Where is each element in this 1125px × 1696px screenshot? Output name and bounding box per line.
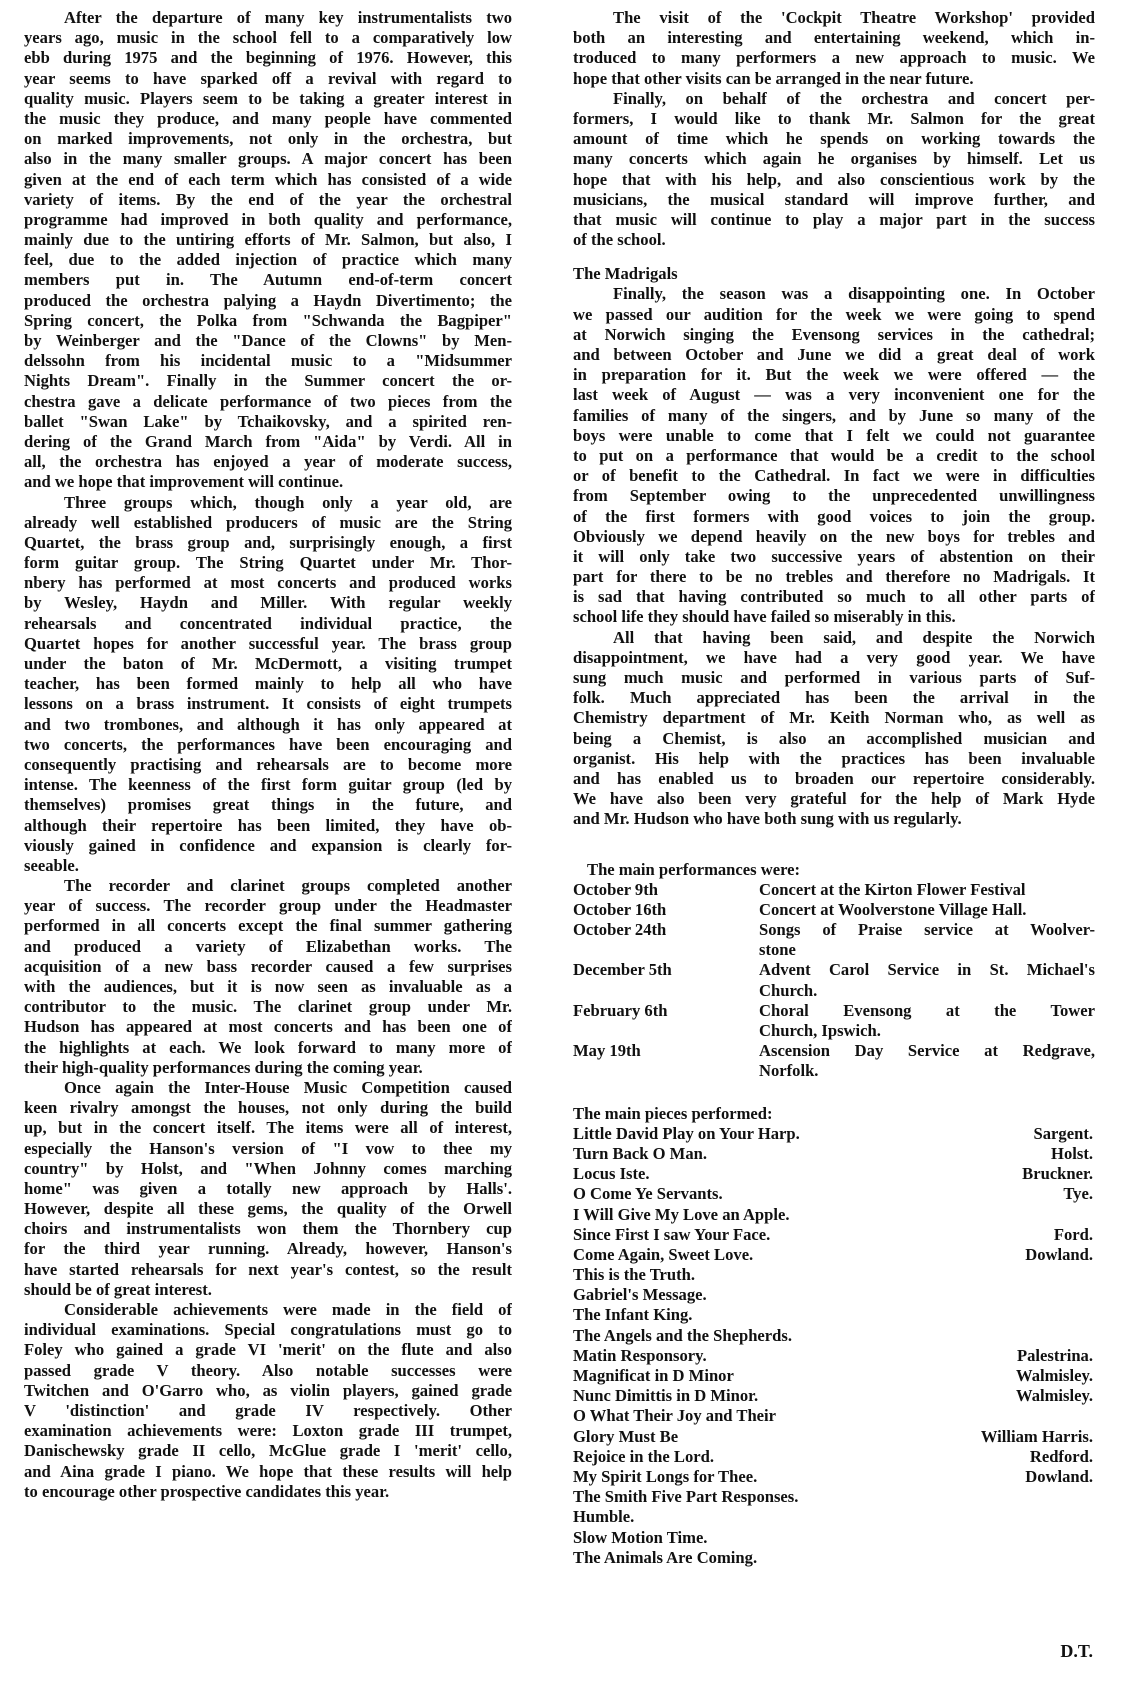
piece-title: Matin Responsory.	[573, 1346, 707, 1366]
text-line: individual examinations. Special congrat…	[24, 1320, 512, 1340]
text-line: by Weinberger and the "Dance of the Clow…	[24, 331, 512, 351]
piece-title: My Spirit Longs for Thee.	[573, 1467, 757, 1487]
text-line: on marked improvements, not only in the …	[24, 129, 512, 149]
text-line: part for there to be no trebles and ther…	[573, 567, 1095, 587]
text-line: Twitchen and O'Garro who, as violin play…	[24, 1381, 512, 1401]
text-line: Finally, the season was a disappointing …	[573, 284, 1095, 304]
performance-row: October 16thConcert at Woolverstone Vill…	[573, 900, 1095, 920]
piece-title: Rejoice in the Lord.	[573, 1447, 714, 1467]
text-line: that music will continue to play a major…	[573, 210, 1095, 230]
piece-title: This is the Truth.	[573, 1265, 695, 1285]
text-line: amount of time which he spends on workin…	[573, 129, 1095, 149]
text-line: although their repertoire has been limit…	[24, 816, 512, 836]
text-line: musicians, the musical standard will imp…	[573, 190, 1095, 210]
text-line: sung much music and performed in various…	[573, 668, 1095, 688]
text-line: Chemistry department of Mr. Keith Norman…	[573, 708, 1095, 728]
piece-composer	[1093, 1305, 1095, 1325]
text-line: Advent Carol Service in St. Michael's	[759, 960, 1095, 980]
piece-row: Rejoice in the Lord.Redford.	[573, 1447, 1095, 1467]
paragraph: Finally, the season was a disappointing …	[573, 284, 1095, 627]
text-line: both an interesting and entertaining wee…	[573, 28, 1095, 48]
performances-intro: The main performances were:	[573, 860, 1095, 880]
right-column: The visit of the 'Cockpit Theatre Worksh…	[573, 8, 1095, 1568]
piece-row: Since First I saw Your Face.Ford.	[573, 1225, 1095, 1245]
text-line: Once again the Inter-House Music Competi…	[24, 1078, 512, 1098]
text-line: Choral Evensong at the Tower	[759, 1001, 1095, 1021]
text-line: of the first formers with good voices to…	[573, 507, 1095, 527]
text-line: or of benefit to the Cathedral. In fact …	[573, 466, 1095, 486]
text-line: quality music. Players seem to be taking…	[24, 89, 512, 109]
piece-title: O Come Ye Servants.	[573, 1184, 723, 1204]
text-line: and has enabled us to broaden our repert…	[573, 769, 1095, 789]
text-line: keen rivalry amongst the houses, not onl…	[24, 1098, 512, 1118]
text-line: Foley who gained a grade VI 'merit' on t…	[24, 1340, 512, 1360]
text-line: Spring concert, the Polka from "Schwanda…	[24, 311, 512, 331]
piece-title: Little David Play on Your Harp.	[573, 1124, 800, 1144]
text-line: passed grade V theory. Also notable succ…	[24, 1361, 512, 1381]
text-line: with the audiences, but it is now seen a…	[24, 977, 512, 997]
text-line: and Mr. Hudson who have both sung with u…	[573, 809, 1095, 829]
text-line: the highlights at each. We look forward …	[24, 1038, 512, 1058]
text-line: programme had improved in both quality a…	[24, 210, 512, 230]
piece-title: The Angels and the Shepherds.	[573, 1326, 792, 1346]
piece-composer: William Harris.	[981, 1427, 1095, 1447]
text-line: themselves) promises great things in the…	[24, 795, 512, 815]
piece-composer: Dowland.	[1025, 1467, 1095, 1487]
text-line: delssohn from his incidental music to a …	[24, 351, 512, 371]
piece-composer	[1093, 1548, 1095, 1568]
piece-row: The Smith Five Part Responses.	[573, 1487, 1095, 1507]
text-line: ballet "Swan Lake" by Tchaikovsky, and a…	[24, 412, 512, 432]
performance-date: October 16th	[573, 900, 759, 920]
performances-list: October 9thConcert at the Kirton Flower …	[573, 880, 1095, 1082]
piece-composer	[1093, 1285, 1095, 1305]
text-line: Songs of Praise service at Woolver-	[759, 920, 1095, 940]
section-heading-madrigals: The Madrigals	[573, 264, 1095, 284]
text-line: feel, due to the added injection of prac…	[24, 250, 512, 270]
performance-row: October 24thSongs of Praise service at W…	[573, 920, 1095, 960]
piece-title: Nunc Dimittis in D Minor.	[573, 1386, 758, 1406]
left-column: After the departure of many key instrume…	[24, 8, 512, 1502]
text-line: The visit of the 'Cockpit Theatre Worksh…	[573, 8, 1095, 28]
paragraph: The recorder and clarinet groups complet…	[24, 876, 512, 1078]
text-line: We have also been very grateful for the …	[573, 789, 1095, 809]
text-line: consequently practising and rehearsals a…	[24, 755, 512, 775]
performance-row: December 5thAdvent Carol Service in St. …	[573, 960, 1095, 1000]
piece-title: The Smith Five Part Responses.	[573, 1487, 798, 1507]
text-line: Obviously we depend heavily on the new b…	[573, 527, 1095, 547]
piece-composer	[1093, 1326, 1095, 1346]
text-line: two concerts, the performances have been…	[24, 735, 512, 755]
text-line: in preparation for it. But the week we w…	[573, 365, 1095, 385]
text-line: intense. The keenness of the first form …	[24, 775, 512, 795]
piece-title: Turn Back O Man.	[573, 1144, 707, 1164]
text-line: and produced a variety of Elizabethan wo…	[24, 937, 512, 957]
text-line: and Aina grade I piano. We hope that the…	[24, 1462, 512, 1482]
text-line: the music they produce, and many people …	[24, 109, 512, 129]
text-line: being a Chemist, is also an accomplished…	[573, 729, 1095, 749]
pieces-intro: The main pieces performed:	[573, 1104, 1095, 1124]
piece-row: Gabriel's Message.	[573, 1285, 1095, 1305]
text-line: Finally, on behalf of the orchestra and …	[573, 89, 1095, 109]
piece-title: Humble.	[573, 1507, 634, 1527]
text-line: members put in. The Autumn end-of-term c…	[24, 270, 512, 290]
text-line: performed in all concerts except the fin…	[24, 916, 512, 936]
piece-row: The Infant King.	[573, 1305, 1095, 1325]
piece-composer: Ford.	[1054, 1225, 1095, 1245]
text-line: After the departure of many key instrume…	[24, 8, 512, 28]
text-line: especially the Hanson's version of "I vo…	[24, 1139, 512, 1159]
piece-title: O What Their Joy and Their	[573, 1406, 776, 1426]
piece-row: Turn Back O Man.Holst.	[573, 1144, 1095, 1164]
text-line: and between October and June we did a gr…	[573, 345, 1095, 365]
text-line: contributor to the music. The clarinet g…	[24, 997, 512, 1017]
text-line: all, the orchestra has enjoyed a year of…	[24, 452, 512, 472]
paragraph: After the departure of many key instrume…	[24, 8, 512, 493]
performance-description: Songs of Praise service at Woolver-stone	[759, 920, 1095, 960]
piece-composer: Redford.	[1030, 1447, 1095, 1467]
piece-row: This is the Truth.	[573, 1265, 1095, 1285]
text-line: under the baton of Mr. McDermott, a visi…	[24, 654, 512, 674]
text-line: V 'distinction' and grade IV respectivel…	[24, 1401, 512, 1421]
text-line: country" by Holst, and "When Johnny come…	[24, 1159, 512, 1179]
text-line: have started rehearsals for next year's …	[24, 1260, 512, 1280]
text-line: folk. Much appreciated has been the arri…	[573, 688, 1095, 708]
piece-row: The Animals Are Coming.	[573, 1548, 1095, 1568]
piece-composer	[1093, 1487, 1095, 1507]
piece-row: Nunc Dimittis in D Minor.Walmisley.	[573, 1386, 1095, 1406]
text-line: is sad that having contributed so much t…	[573, 587, 1095, 607]
text-line: we passed our audition for the week we w…	[573, 305, 1095, 325]
text-line: Considerable achievements were made in t…	[24, 1300, 512, 1320]
text-line: of the school.	[573, 230, 1095, 250]
text-line: chestra gave a delicate performance of t…	[24, 392, 512, 412]
piece-row: Locus Iste.Bruckner.	[573, 1164, 1095, 1184]
piece-composer	[1093, 1265, 1095, 1285]
text-line: hope that other visits can be arranged i…	[573, 69, 1095, 89]
piece-title: Come Again, Sweet Love.	[573, 1245, 753, 1265]
text-line: Church, Ipswich.	[759, 1021, 1095, 1041]
piece-composer	[1093, 1406, 1095, 1426]
piece-composer: Walmisley.	[1016, 1386, 1095, 1406]
text-line: already well established producers of mu…	[24, 513, 512, 533]
text-line: up, but in the concert itself. The items…	[24, 1118, 512, 1138]
piece-title: The Animals Are Coming.	[573, 1548, 757, 1568]
piece-composer: Bruckner.	[1022, 1164, 1095, 1184]
piece-row: The Angels and the Shepherds.	[573, 1326, 1095, 1346]
text-line: form guitar group. The String Quartet un…	[24, 553, 512, 573]
text-line: troduced to many performers a new approa…	[573, 48, 1095, 68]
piece-title: Magnificat in D Minor	[573, 1366, 734, 1386]
piece-row: Matin Responsory.Palestrina.	[573, 1346, 1095, 1366]
piece-composer: Sargent.	[1034, 1124, 1095, 1144]
performance-date: December 5th	[573, 960, 759, 1000]
text-line: acquisition of a new bass recorder cause…	[24, 957, 512, 977]
text-line: dering of the Grand March from "Aida" by…	[24, 432, 512, 452]
performance-date: February 6th	[573, 1001, 759, 1041]
paragraph: Finally, on behalf of the orchestra and …	[573, 89, 1095, 251]
performance-date: October 9th	[573, 880, 759, 900]
paragraph: Considerable achievements were made in t…	[24, 1300, 512, 1502]
performance-date: October 24th	[573, 920, 759, 960]
text-line: year of success. The recorder group unde…	[24, 896, 512, 916]
text-line: by Wesley, Haydn and Miller. With regula…	[24, 593, 512, 613]
piece-composer: Tye.	[1063, 1184, 1095, 1204]
text-line: many concerts which again he organises b…	[573, 149, 1095, 169]
pieces-list: Little David Play on Your Harp.Sargent.T…	[573, 1124, 1095, 1568]
text-line: examination achievements were: Loxton gr…	[24, 1421, 512, 1441]
paragraph: All that having been said, and despite t…	[573, 628, 1095, 830]
piece-title: Glory Must Be	[573, 1427, 678, 1447]
text-line: The recorder and clarinet groups complet…	[24, 876, 512, 896]
text-line: Church.	[759, 981, 1095, 1001]
text-line: produced the orchestra palying a Haydn D…	[24, 291, 512, 311]
piece-title: Locus Iste.	[573, 1164, 650, 1184]
piece-row: My Spirit Longs for Thee.Dowland.	[573, 1467, 1095, 1487]
piece-row: Slow Motion Time.	[573, 1528, 1095, 1548]
piece-title: The Infant King.	[573, 1305, 692, 1325]
piece-composer	[1093, 1205, 1095, 1225]
performance-date: May 19th	[573, 1041, 759, 1081]
text-line: teacher, has been formed mainly to help …	[24, 674, 512, 694]
text-line: given at the end of each term which has …	[24, 170, 512, 190]
text-line: Concert at Woolverstone Village Hall.	[759, 900, 1095, 920]
text-line: Quartet, the brass group and, surprising…	[24, 533, 512, 553]
paragraph: The visit of the 'Cockpit Theatre Worksh…	[573, 8, 1095, 89]
text-line: organist. His help with the practices ha…	[573, 749, 1095, 769]
piece-row: Come Again, Sweet Love.Dowland.	[573, 1245, 1095, 1265]
text-line: seeable.	[24, 856, 512, 876]
text-line: school life they should have failed so m…	[573, 607, 1095, 627]
text-line: families of many of the singers, and by …	[573, 406, 1095, 426]
performance-row: May 19thAscension Day Service at Redgrav…	[573, 1041, 1095, 1081]
piece-row: O What Their Joy and Their	[573, 1406, 1095, 1426]
piece-row: I Will Give My Love an Apple.	[573, 1205, 1095, 1225]
text-line: years ago, music in the school fell to a…	[24, 28, 512, 48]
piece-composer	[1093, 1528, 1095, 1548]
text-line: viously gained in confidence and expansi…	[24, 836, 512, 856]
text-line: and we hope that improvement will contin…	[24, 472, 512, 492]
text-line: at Norwich singing the Evensong services…	[573, 325, 1095, 345]
text-line: Ascension Day Service at Redgrave,	[759, 1041, 1095, 1061]
performance-row: October 9thConcert at the Kirton Flower …	[573, 880, 1095, 900]
text-line: hope that with his help, and also consci…	[573, 170, 1095, 190]
text-line: formers, I would like to thank Mr. Salmo…	[573, 109, 1095, 129]
text-line: their high-quality performances during t…	[24, 1058, 512, 1078]
text-line: also in the many smaller groups. A major…	[24, 149, 512, 169]
text-line: it will only take two successive years o…	[573, 547, 1095, 567]
text-line: to put on a performance that would be a …	[573, 446, 1095, 466]
performance-description: Concert at the Kirton Flower Festival	[759, 880, 1095, 900]
piece-composer: Dowland.	[1025, 1245, 1095, 1265]
piece-row: O Come Ye Servants.Tye.	[573, 1184, 1095, 1204]
text-line: However, despite all these gems, the qua…	[24, 1199, 512, 1219]
paragraph: Once again the Inter-House Music Competi…	[24, 1078, 512, 1300]
text-line: choirs and instrumentalists won them the…	[24, 1219, 512, 1239]
piece-row: Magnificat in D MinorWalmisley.	[573, 1366, 1095, 1386]
text-line: Three groups which, though only a year o…	[24, 493, 512, 513]
text-line: boys were unable to come that I felt we …	[573, 426, 1095, 446]
text-line: year seems to have sparked off a revival…	[24, 69, 512, 89]
text-line: Hudson has appeared at most concerts and…	[24, 1017, 512, 1037]
text-line: ebb during 1975 and the beginning of 197…	[24, 48, 512, 68]
text-line: variety of items. By the end of the year…	[24, 190, 512, 210]
text-line: stone	[759, 940, 1095, 960]
text-line: last week of August — was a very inconve…	[573, 385, 1095, 405]
performance-description: Choral Evensong at the TowerChurch, Ipsw…	[759, 1001, 1095, 1041]
author-signature: D.T.	[1060, 1641, 1093, 1662]
piece-title: I Will Give My Love an Apple.	[573, 1205, 790, 1225]
text-line: Danischewsky grade II cello, McGlue grad…	[24, 1441, 512, 1461]
text-line: home" was given a totally new approach b…	[24, 1179, 512, 1199]
text-line: for the third year running. Already, how…	[24, 1239, 512, 1259]
text-line: lessons on a brass instrument. It consis…	[24, 694, 512, 714]
text-line: rehearsals and concentrated individual p…	[24, 614, 512, 634]
text-line: mainly due to the untiring efforts of Mr…	[24, 230, 512, 250]
piece-composer: Walmisley.	[1016, 1366, 1095, 1386]
piece-title: Gabriel's Message.	[573, 1285, 707, 1305]
piece-composer: Palestrina.	[1017, 1346, 1095, 1366]
performance-description: Advent Carol Service in St. Michael'sChu…	[759, 960, 1095, 1000]
text-line: to encourage other prospective candidate…	[24, 1482, 512, 1502]
text-line: All that having been said, and despite t…	[573, 628, 1095, 648]
text-line: disappointment, we have had a very good …	[573, 648, 1095, 668]
piece-composer: Holst.	[1051, 1144, 1095, 1164]
performance-row: February 6thChoral Evensong at the Tower…	[573, 1001, 1095, 1041]
piece-composer	[1093, 1507, 1095, 1527]
piece-title: Since First I saw Your Face.	[573, 1225, 770, 1245]
text-line: should be of great interest.	[24, 1280, 512, 1300]
performance-description: Concert at Woolverstone Village Hall.	[759, 900, 1095, 920]
text-line: nbery has performed at most concerts and…	[24, 573, 512, 593]
text-line: Concert at the Kirton Flower Festival	[759, 880, 1095, 900]
piece-title: Slow Motion Time.	[573, 1528, 707, 1548]
piece-row: Humble.	[573, 1507, 1095, 1527]
text-line: and two trombones, and although it has o…	[24, 715, 512, 735]
piece-row: Little David Play on Your Harp.Sargent.	[573, 1124, 1095, 1144]
text-line: Quartet hopes for another successful yea…	[24, 634, 512, 654]
paragraph: Three groups which, though only a year o…	[24, 493, 512, 877]
piece-row: Glory Must BeWilliam Harris.	[573, 1427, 1095, 1447]
text-line: Nights Dream". Finally in the Summer con…	[24, 371, 512, 391]
text-line: Norfolk.	[759, 1061, 1095, 1081]
performance-description: Ascension Day Service at Redgrave,Norfol…	[759, 1041, 1095, 1081]
text-line: from September owing to the unprecedente…	[573, 486, 1095, 506]
